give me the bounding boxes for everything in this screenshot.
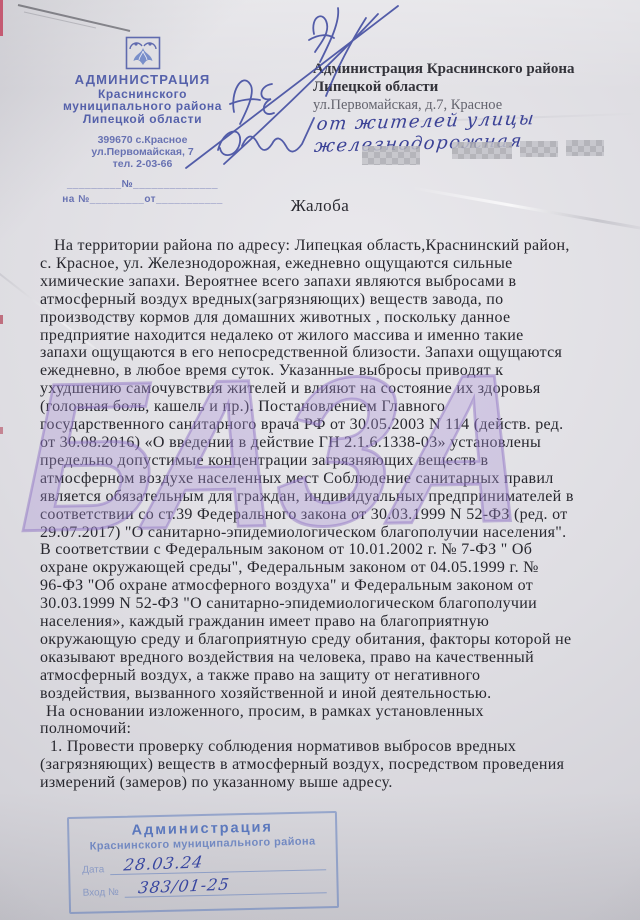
stamp-date-label: Дата <box>82 864 104 875</box>
stamp-date-row: Дата 28.03.24 <box>82 853 326 876</box>
body-text-line: химические запахи. Вероятнее всего запах… <box>40 273 618 291</box>
body-text-line: измерений (замеров) по указанному выше а… <box>40 774 618 792</box>
body-text-line: от 30.08.2016) «О введении в действие ГН… <box>40 434 618 452</box>
stamp-date-line: 28.03.24 <box>110 853 326 875</box>
complaint-body: На территории района по адресу: Липецкая… <box>40 237 618 792</box>
body-text-line: На основании изложенного, просим, в рамк… <box>40 703 618 721</box>
redaction-mosaic <box>452 142 512 159</box>
body-text-line: охране окружающей среды", Федеральным за… <box>40 559 618 577</box>
body-text-line: окружающую среду и благоприятную среду о… <box>40 631 618 649</box>
outgoing-number-line: _________№______________ <box>30 179 255 190</box>
body-text-line: 29.07.2017) "О санитарно-эпидемиологичес… <box>40 524 618 542</box>
body-text-line: (головная боль, кашель и пр.). Постановл… <box>40 398 618 416</box>
body-text-line: ежедневно, в любое время суток. Указанны… <box>40 362 618 380</box>
stamp-entry-row: Вход № 383/01-25 <box>82 876 326 899</box>
body-text-line: производству кормов для домашних животны… <box>40 309 618 327</box>
photo-edge-artifact <box>0 427 3 434</box>
body-text-line: запахи ощущаются в его непосредственной … <box>40 344 618 362</box>
body-text-line: населения», каждый гражданин имеет право… <box>40 613 618 631</box>
body-text-line: полномочий: <box>40 720 618 738</box>
photo-edge-artifact <box>0 315 3 324</box>
body-text-line: атмосферном воздухе населенных мест Собл… <box>40 470 618 488</box>
body-text-line: 1. Провести проверку соблюдения норматив… <box>40 738 618 756</box>
body-text-line: В соответствии с Федеральным законом от … <box>40 541 618 559</box>
stamp-date-value: 28.03.24 <box>123 852 205 874</box>
body-text-line: оказывают вредного воздействия на челове… <box>40 649 618 667</box>
scanned-complaint-document: АДМИНИСТРАЦИЯКраснинскогомуниципального … <box>0 0 640 920</box>
redaction-mosaic <box>520 141 558 157</box>
body-text-line: 30.03.1999 N 52-ФЗ "О санитарно-эпидемио… <box>40 595 618 613</box>
body-text-line: (загрязняющих) веществ в атмосферный воз… <box>40 756 618 774</box>
stamp-entry-line: 383/01-25 <box>125 876 327 898</box>
body-text-line: предельно допустимые концентрации загряз… <box>40 452 618 470</box>
body-text-line: атмосферный воздух вредных(загрязняющих)… <box>40 291 618 309</box>
stamp-entry-label: Вход № <box>83 887 119 899</box>
body-text-line: воздействия, вызванного хозяйственной и … <box>40 685 618 703</box>
document-title: Жалоба <box>0 196 640 216</box>
body-text-line: государственного санитарного врача РФ от… <box>40 416 618 434</box>
registration-stamp: Администрация Краснинского муниципальног… <box>67 811 339 914</box>
body-text-line: ухудшению самочувствия жителей и влияют … <box>40 380 618 398</box>
body-text-line: 96-ФЗ "Об охране атмосферного воздуха" и… <box>40 577 618 595</box>
handwritten-signature <box>170 0 415 172</box>
body-text-line: соответствии со ст.39 Федерального закон… <box>40 506 618 524</box>
redaction-mosaic <box>566 140 604 156</box>
body-text-line: предприятие находится недалеко от жилого… <box>40 327 618 345</box>
body-text-line: является обязательным для граждан, индив… <box>40 488 618 506</box>
body-text-line: атмосферный воздух, а также право на защ… <box>40 667 618 685</box>
body-text-line: с. Красное, ул. Железнодорожная, ежеднев… <box>40 255 618 273</box>
stamp-entry-value: 383/01-25 <box>137 875 231 898</box>
district-emblem-icon <box>125 36 161 70</box>
body-text-line: На территории района по адресу: Липецкая… <box>40 237 618 255</box>
